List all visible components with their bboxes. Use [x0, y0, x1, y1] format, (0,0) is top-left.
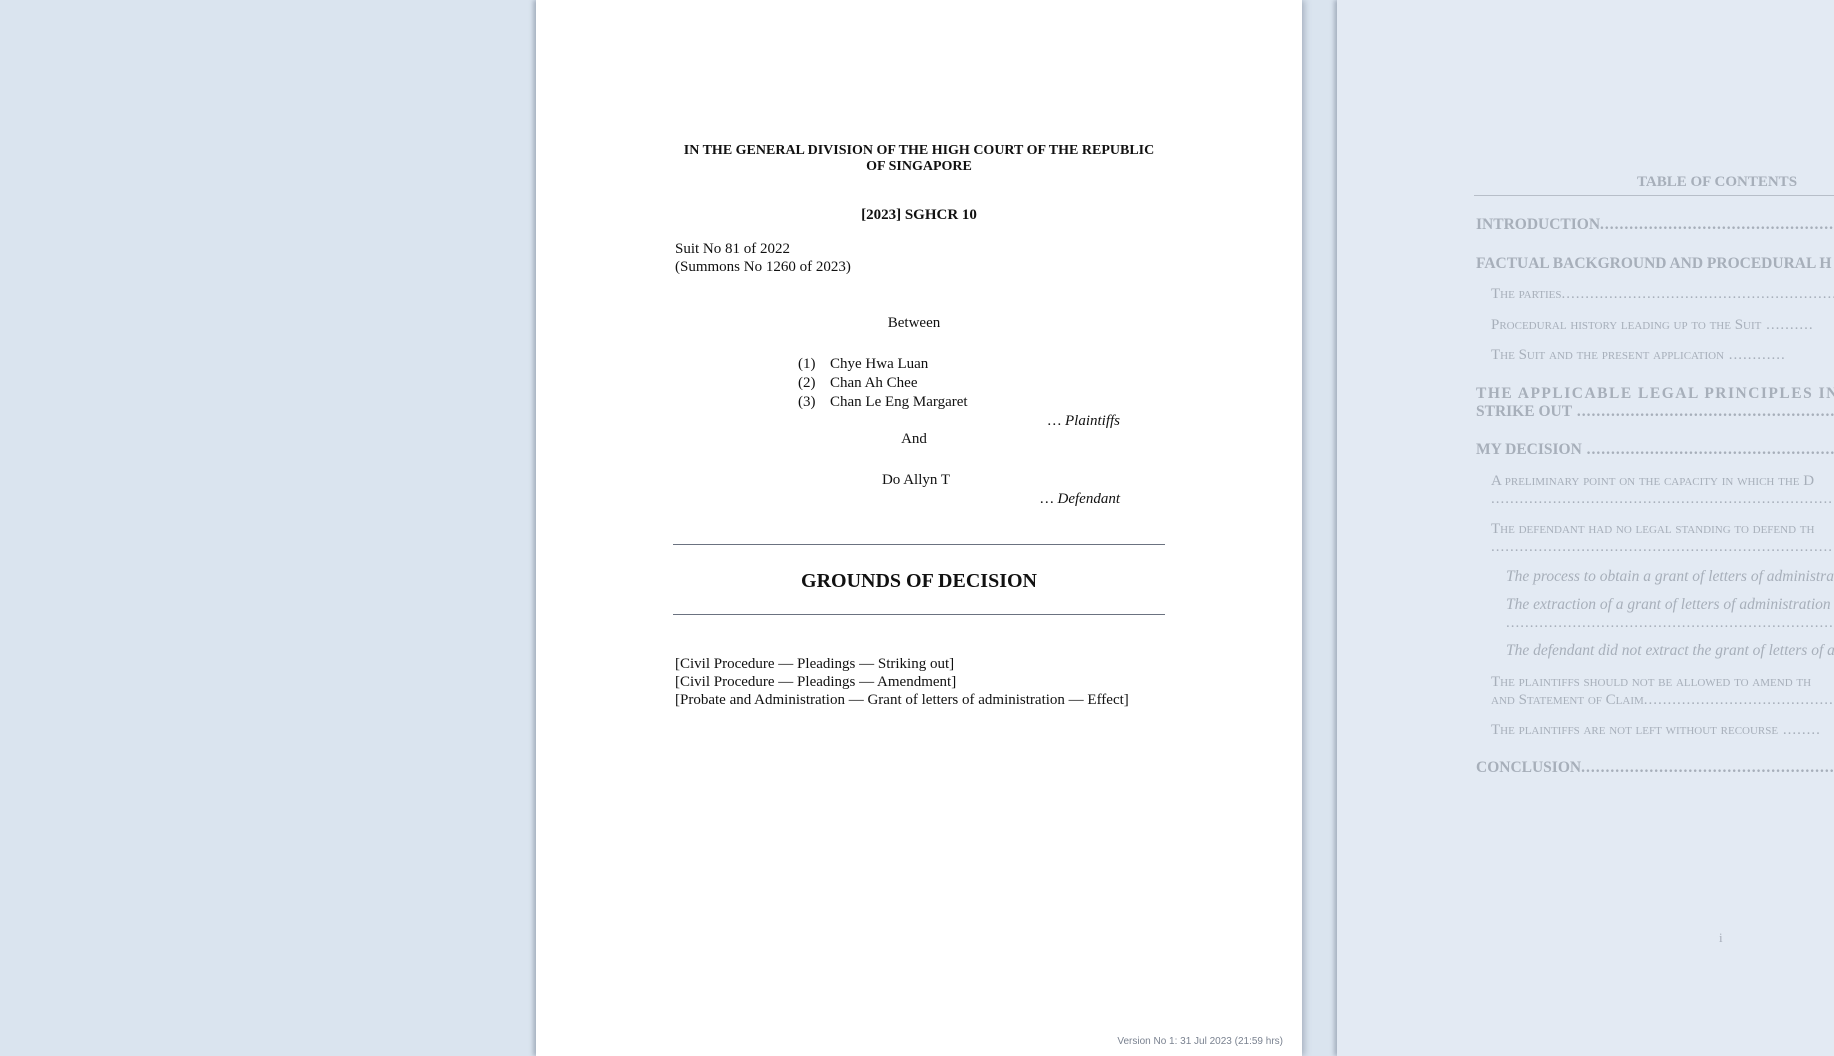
- toc-entry[interactable]: The process to obtain a grant of letters…: [1506, 568, 1834, 586]
- toc-entry[interactable]: The plaintiffs should not be allowed to …: [1491, 673, 1811, 691]
- defendant-role: … Defendant: [1040, 490, 1120, 508]
- document-page-1: IN THE GENERAL DIVISION OF THE HIGH COUR…: [536, 0, 1302, 1056]
- suit-number: Suit No 81 of 2022: [675, 240, 790, 258]
- plaintiffs-role: … Plaintiffs: [1048, 412, 1120, 430]
- toc-entry[interactable]: Procedural history leading up to the Sui…: [1491, 316, 1814, 334]
- toc-entry-dots: ........................................…: [1491, 538, 1834, 556]
- title-rule-bottom: [673, 614, 1165, 615]
- plaintiff-name: Chan Le Eng Margaret: [830, 393, 968, 411]
- plaintiff-number: (1): [798, 355, 816, 373]
- citation: [2023] SGHCR 10: [536, 206, 1302, 224]
- defendant-name: Do Allyn T: [536, 471, 1296, 489]
- catchword: [Civil Procedure — Pleadings — Striking …: [675, 655, 954, 673]
- toc-entry-continuation[interactable]: STRIKE OUT .............................…: [1476, 403, 1834, 421]
- toc-entry[interactable]: CONCLUSION..............................…: [1476, 759, 1834, 777]
- between-label: Between: [536, 314, 1292, 332]
- toc-entry[interactable]: The defendant had no legal standing to d…: [1491, 520, 1814, 538]
- toc-entry[interactable]: A preliminary point on the capacity in w…: [1491, 472, 1814, 490]
- catchword: [Probate and Administration — Grant of l…: [675, 691, 1129, 709]
- plaintiff-name: Chye Hwa Luan: [830, 355, 928, 373]
- toc-entry-dots: ........................................…: [1506, 614, 1834, 632]
- plaintiff-number: (3): [798, 393, 816, 411]
- toc-entry-continuation[interactable]: and Statement of Claim..................…: [1491, 691, 1834, 709]
- catchword: [Civil Procedure — Pleadings — Amendment…: [675, 673, 956, 691]
- version-footer: Version No 1: 31 Jul 2023 (21:59 hrs): [1117, 1036, 1283, 1047]
- and-label: And: [536, 430, 1292, 448]
- toc-entry[interactable]: The plaintiffs are not left without reco…: [1491, 721, 1821, 739]
- toc-entry[interactable]: The Suit and the present application ...…: [1491, 346, 1786, 364]
- toc-entry[interactable]: FACTUAL BACKGROUND AND PROCEDURAL H: [1476, 255, 1831, 273]
- plaintiff-name: Chan Ah Chee: [830, 374, 918, 392]
- toc-title: TABLE OF CONTENTS: [1637, 173, 1797, 191]
- toc-entry[interactable]: The defendant did not extract the grant …: [1506, 642, 1834, 660]
- toc-entry[interactable]: The parties.............................…: [1491, 285, 1834, 303]
- toc-title-rule: [1474, 195, 1834, 196]
- toc-entry[interactable]: The extraction of a grant of letters of …: [1506, 596, 1831, 614]
- toc-entry[interactable]: THE APPLICABLE LEGAL PRINCIPLES IN AN A: [1476, 385, 1834, 403]
- plaintiff-number: (2): [798, 374, 816, 392]
- summons-number: (Summons No 1260 of 2023): [675, 258, 851, 276]
- toc-entry-dots: ........................................…: [1491, 490, 1834, 508]
- court-heading-line2: OF SINGAPORE: [536, 158, 1302, 176]
- document-title: GROUNDS OF DECISION: [536, 570, 1302, 592]
- toc-entry[interactable]: MY DECISION ............................…: [1476, 441, 1834, 459]
- page-number: i: [1719, 929, 1723, 947]
- toc-entry[interactable]: INTRODUCTION............................…: [1476, 216, 1834, 234]
- document-page-2-toc: TABLE OF CONTENTS INTRODUCTION..........…: [1337, 0, 1834, 1056]
- title-rule-top: [673, 544, 1165, 545]
